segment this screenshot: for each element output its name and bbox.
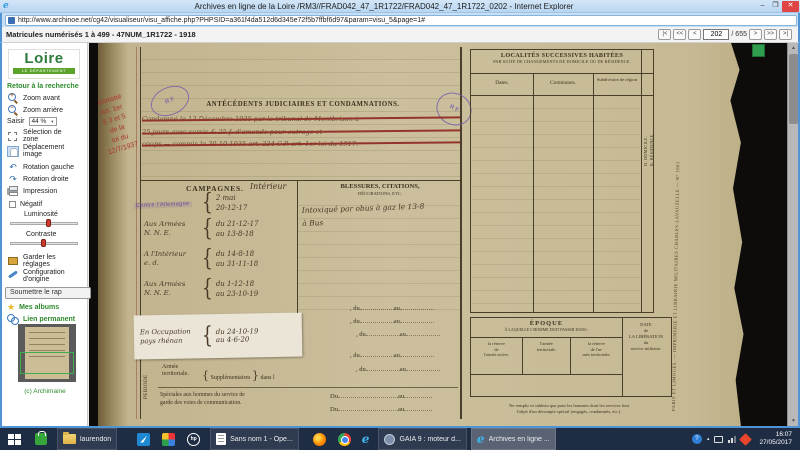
blessures-divider (297, 180, 298, 313)
loire-logo-subtext: LE DÉPARTEMENT (13, 68, 75, 74)
chevron-down-icon: ▼ (50, 119, 54, 124)
col-dates: Dates. (471, 80, 533, 86)
hp-app-button[interactable]: hp (181, 428, 206, 450)
address-bar: http://www.archinoe.net/cg42/visualiseur… (0, 13, 800, 27)
print-tool[interactable]: Impression (7, 186, 57, 197)
zoom-level-select[interactable]: 44 % ▼ (29, 117, 58, 126)
register-page[interactable]: Amnistié Art. 1er § 3 et 5 de la loi du … (98, 43, 754, 426)
network-signal-icon[interactable] (728, 435, 736, 443)
rotate-right-label: Rotation droite (23, 176, 69, 183)
condemnation-line: coups — commis le 30-10-1935 art. 224 C.… (142, 138, 460, 151)
store-button[interactable] (29, 428, 53, 450)
photos-app-button[interactable] (156, 428, 181, 450)
domicile-vertical-label: D. DOMICILE. (643, 56, 648, 166)
epoque-title: ÉPOQUE (471, 320, 622, 327)
negative-toggle[interactable]: Négatif (7, 201, 42, 208)
document-icon (216, 433, 226, 445)
rotate-left-icon: ↶ (7, 162, 19, 173)
ie-icon: e (477, 432, 485, 446)
last-page-button[interactable]: >| (779, 29, 792, 40)
original-config-tool[interactable]: Configuration d'origine (7, 269, 65, 283)
brightness-slider-handle[interactable] (46, 219, 51, 227)
page-total: / 655 (731, 31, 747, 38)
campaign-entry: A l'Intérieur e. d. { du 14-8-18au 31-11… (144, 249, 258, 269)
col-border (593, 74, 594, 312)
folder-window-label: laurendon (80, 436, 111, 443)
campaign-entry: Aux Armées N. N. E. { du 1-12-18au 23-10… (144, 279, 258, 299)
antivirus-tray-icon[interactable] (740, 433, 753, 446)
original-config-label: Configuration d'origine (23, 269, 65, 283)
link-chain-icon (7, 314, 19, 324)
tool-sidebar: Loire LE DÉPARTEMENT Retour à la recherc… (2, 43, 88, 426)
fast-next-button[interactable]: >> (764, 29, 777, 40)
zoom-in-label: Zoom avant (23, 95, 60, 102)
first-page-button[interactable]: |< (658, 29, 671, 40)
localites-body (472, 96, 640, 312)
zone-select-label: Sélection de zone (23, 129, 62, 143)
viewer-toolbar: Matricules numérisés 1 à 499 - 47NUM_1R1… (0, 27, 800, 43)
epoque-col-reserve-territoriale: la réserve de l'ar- mée territoriale. (571, 338, 622, 374)
rotate-left-tool[interactable]: ↶ Rotation gauche (7, 162, 74, 173)
move-image-label: Déplacement image (23, 144, 64, 158)
brace-glyph: { (202, 325, 213, 348)
brace-glyph: { (202, 248, 213, 271)
screen: e Archives en ligne de la Loire /RM3//FR… (0, 0, 800, 450)
brightness-label: Luminosité (24, 211, 58, 218)
show-hidden-icons[interactable]: ▴ (707, 436, 710, 442)
campagnes-title: CAMPAGNES. (186, 184, 244, 193)
print-label: Impression (23, 188, 57, 195)
minimize-button[interactable]: – (756, 1, 769, 12)
permalink-label: Lien permanent (23, 316, 75, 323)
supplementaires-label: { Supplémentaires } dans l (202, 367, 275, 384)
mosaic-icon (162, 433, 175, 446)
hp-icon: hp (187, 433, 200, 446)
zoom-in-icon: + (7, 93, 19, 104)
system-tray: ? ▴ 16:07 27/05/2017 (692, 431, 800, 447)
submit-report-button[interactable]: Soumettre le rap (5, 287, 91, 299)
scrollbar-thumb[interactable] (789, 54, 798, 124)
loire-logo: Loire LE DÉPARTEMENT (8, 49, 80, 79)
blessures-subtitle: DÉCORATIONS, ETC. (300, 191, 460, 196)
zoom-out-label: Zoom arrière (23, 107, 63, 114)
epoque-subtitle: À LAQUELLE L'HOMME DOIT PASSER DANS : (471, 327, 622, 332)
negative-label: Négatif (20, 201, 42, 208)
zoom-in-tool[interactable]: + Zoom avant (7, 93, 60, 104)
maximize-button[interactable]: ❐ (769, 1, 782, 12)
zoom-out-icon: − (7, 105, 19, 116)
star-icon: ★ (7, 302, 15, 313)
residence-vertical-label: R. RÉSIDENCE. (649, 56, 654, 166)
zone-select-tool[interactable]: Sélection de zone (7, 129, 62, 143)
reset-config-icon (7, 271, 19, 282)
rule-line (158, 387, 458, 388)
hand-move-icon (7, 146, 19, 157)
epoque-body (471, 374, 623, 398)
rotate-right-tool[interactable]: ↷ Rotation droite (7, 174, 69, 185)
campaign-name: Aux Armées N. N. E. (144, 280, 202, 298)
occupation-slip: En Occupation pays rhénan { du 24-10-19a… (134, 313, 303, 360)
scroll-down-icon[interactable]: ▼ (788, 416, 798, 426)
page-thumbnail[interactable] (18, 324, 76, 382)
folder-window-button[interactable]: laurendon (57, 428, 117, 450)
epoque-table: ÉPOQUE À LAQUELLE L'HOMME DOIT PASSER DA… (470, 317, 672, 397)
viewer-corner-button[interactable] (752, 44, 765, 57)
date-liberation-label: DATE de LA LIBÉRATION du service militai… (623, 322, 669, 352)
col-border (641, 50, 642, 312)
taskbar-clock[interactable]: 16:07 27/05/2017 (755, 431, 796, 447)
rotate-right-icon: ↷ (7, 174, 19, 185)
prev-page-button[interactable]: < (688, 29, 701, 40)
armee-territoriale-label: Armée territoriale. (162, 364, 189, 378)
periode-vertical-label: PÉRIODE (144, 365, 149, 399)
brace-glyph: { (202, 278, 213, 301)
my-albums-link[interactable]: ★ Mes albums (7, 302, 59, 313)
writer-window-label: Sans nom 1 - Ope... (230, 436, 293, 443)
localites-table: LOCALITÉS SUCCESSIVES HABITÉES PAR SUITE… (470, 49, 654, 313)
gaia-icon (384, 434, 395, 445)
thumbnail-viewport-rect[interactable] (20, 352, 74, 374)
antecedents-title: ANTÉCÉDENTS JUDICIAIRES ET CONDAMNATIONS… (158, 101, 448, 108)
col-border (533, 74, 534, 312)
my-albums-label: Mes albums (19, 304, 59, 311)
scroll-up-icon[interactable]: ▲ (788, 43, 798, 53)
folder-icon (63, 434, 76, 444)
speciales-label: Spéciales aux hommes du service de garde… (160, 392, 245, 407)
campagnes-handwriting: Intérieur (250, 182, 286, 191)
ie-logo-icon: e (0, 1, 12, 11)
printer-icon (7, 186, 19, 197)
gaia-window-button[interactable]: GAIA 9 : moteur d... (378, 428, 466, 450)
loire-logo-text: Loire (9, 50, 79, 67)
firefox-button[interactable] (307, 428, 332, 450)
campaign-name: A l'Intérieur e. d. (144, 250, 202, 268)
rotate-left-label: Rotation gauche (23, 164, 74, 171)
localites-subtitle: PAR SUITE DE CHANGEMENTS DE DOMICILE OU … (471, 59, 653, 64)
chrome-icon (338, 433, 351, 446)
help-tray-icon[interactable]: ? (692, 434, 702, 444)
contrast-slider-handle[interactable] (41, 239, 46, 247)
close-button[interactable]: ✕ (782, 1, 799, 12)
zoom-level-value: 44 % (32, 118, 47, 125)
pagination: |< << < / 655 > >> >| (658, 29, 798, 40)
epoque-footnote: Ne remplir ce tableau que pour les homme… (470, 403, 668, 415)
zone-select-icon (7, 131, 19, 142)
document-viewer[interactable]: Amnistié Art. 1er § 3 et 5 de la loi du … (89, 43, 798, 426)
start-button[interactable] (0, 428, 29, 450)
ie-button[interactable]: e (357, 428, 375, 450)
printer-imprint-vertical: PARIS ET LIMOGES. — IMPRIMERIE ET LIBRAI… (671, 61, 682, 411)
gaia-window-label: GAIA 9 : moteur d... (399, 436, 460, 443)
keep-settings-icon (7, 256, 19, 267)
back-to-search-link[interactable]: Retour à la recherche (7, 83, 79, 90)
localites-title: LOCALITÉS SUCCESSIVES HABITÉES (471, 52, 653, 59)
condemnation-line: 25 jours avec sursis & 25 f. d'amende po… (142, 126, 460, 139)
taskbar: laurendon hp Sans nom 1 - Ope... e GAIA … (0, 428, 800, 450)
title-bar: e Archives en ligne de la Loire /RM3//FR… (0, 0, 800, 13)
clock-date: 27/05/2017 (759, 439, 792, 447)
keep-settings-tool[interactable]: Garder les réglages (7, 254, 56, 268)
favicon (8, 17, 15, 24)
archives-window-button[interactable]: e Archives en ligne ... (471, 428, 556, 450)
epoque-col-territoriale: l'armée territoriale. (523, 338, 571, 374)
negative-checkbox[interactable] (9, 201, 16, 208)
display-tray-icon[interactable] (714, 436, 723, 443)
blessures-title: BLESSURES, CITATIONS, (300, 183, 460, 190)
move-image-tool[interactable]: Déplacement image (7, 144, 64, 158)
zoom-select-label: Saisir (7, 118, 25, 125)
fast-prev-button[interactable]: << (673, 29, 686, 40)
chrome-button[interactable] (332, 428, 357, 450)
vertical-scrollbar[interactable]: ▲ ▼ (787, 43, 798, 426)
brace-glyph: { (202, 192, 213, 215)
campaign-entry: { 2 mai20-12-17 (144, 193, 247, 213)
next-page-button[interactable]: > (749, 29, 762, 40)
ie-icon: e (362, 432, 370, 446)
col-communes: Communes. (533, 80, 593, 86)
campaign-entry: Aux Armées N. N. E. { du 21-12-17au 13-8… (144, 219, 259, 239)
section-divider (140, 180, 461, 181)
rocket-app-button[interactable] (131, 428, 156, 450)
archives-window-label: Archives en ligne ... (489, 436, 550, 443)
store-icon (35, 433, 47, 445)
slip-name: En Occupation pays rhénan (140, 327, 202, 346)
campaign-name: Aux Armées N. N. E. (144, 220, 202, 238)
rocket-icon (137, 433, 150, 446)
url-text: http://www.archinoe.net/cg42/visualiseur… (18, 17, 425, 24)
firefox-icon (313, 433, 326, 446)
clock-time: 16:07 (759, 431, 792, 439)
archimaine-copyright: (c) Archimaine (2, 388, 88, 395)
permalink-link[interactable]: Lien permanent (7, 314, 75, 324)
brace-glyph: { (202, 218, 213, 241)
window-title: Archives en ligne de la Loire /RM3//FRAD… (12, 2, 756, 11)
contrast-label: Contraste (26, 231, 56, 238)
page-number-input[interactable] (703, 29, 729, 40)
epoque-col-reserve-active: la réserve de l'armée active. (471, 338, 523, 374)
register-title: Matricules numérisés 1 à 499 - 47NUM_1R1… (2, 30, 658, 39)
contrast-slider[interactable] (10, 239, 78, 247)
condemnation-line: Condamné le 13 Décembre 1935 par le trib… (142, 113, 460, 126)
zoom-out-tool[interactable]: − Zoom arrière (7, 105, 63, 116)
keep-settings-label: Garder les réglages (23, 254, 56, 268)
col-subdivision: Subdivision de région (593, 77, 641, 82)
page-left-border (140, 47, 141, 419)
windows-logo-icon (8, 434, 21, 445)
brightness-slider[interactable] (10, 219, 78, 227)
writer-window-button[interactable]: Sans nom 1 - Ope... (210, 428, 299, 450)
url-input[interactable]: http://www.archinoe.net/cg42/visualiseur… (5, 15, 797, 26)
